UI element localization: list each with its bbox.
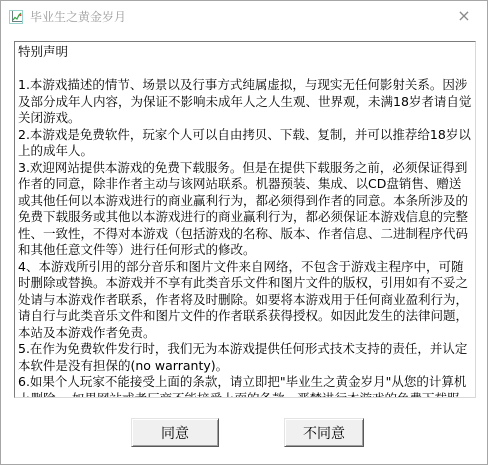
window-title: 毕业生之黄金岁月 [30, 8, 126, 25]
disagree-button[interactable]: 不同意 [284, 418, 364, 447]
statement-textbox[interactable]: 特别声明 1.本游戏描述的情节、场景以及行事方式纯属虚拟，与现实无任何影射关系。… [14, 41, 476, 398]
agree-button[interactable]: 同意 [131, 418, 219, 447]
chart-icon[interactable] [9, 9, 23, 23]
title-bar[interactable]: 毕业生之黄金岁月 × [1, 1, 487, 31]
statement-body: 1.本游戏描述的情节、场景以及行事方式纯属虚拟，与现实无任何影射关系。因涉及部分… [18, 77, 472, 398]
close-button[interactable]: × [445, 1, 483, 30]
dialog-window: 毕业生之黄金岁月 × 特别声明 1.本游戏描述的情节、场景以及行事方式纯属虚拟，… [0, 0, 488, 465]
statement-heading: 特别声明 [18, 44, 472, 61]
close-icon: × [457, 8, 470, 24]
